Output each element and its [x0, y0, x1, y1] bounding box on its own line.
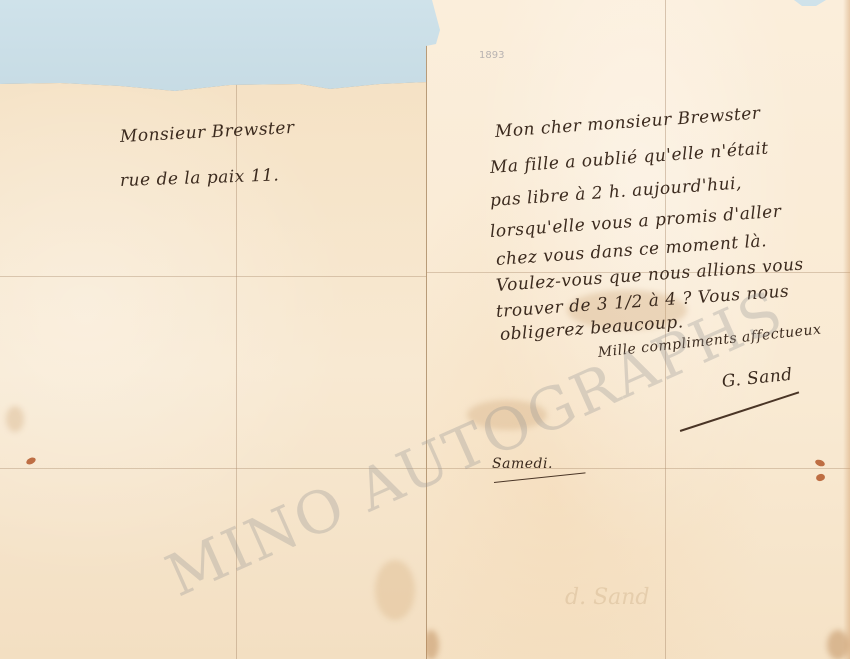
rust-stain: [814, 458, 825, 467]
page-edge-shading: [843, 0, 850, 659]
rust-stain: [25, 456, 37, 466]
smudge: [6, 406, 24, 432]
address-line: Monsieur Brewster: [119, 118, 295, 147]
faint-bleedthrough: d. Sand: [565, 585, 650, 610]
corner-stain: [827, 630, 849, 659]
smudge: [375, 560, 415, 620]
pencil-note: 1893: [479, 50, 504, 61]
fold-line: [0, 276, 428, 277]
address-line: rue de la paix 11.: [120, 165, 280, 191]
rust-stain: [815, 473, 826, 482]
